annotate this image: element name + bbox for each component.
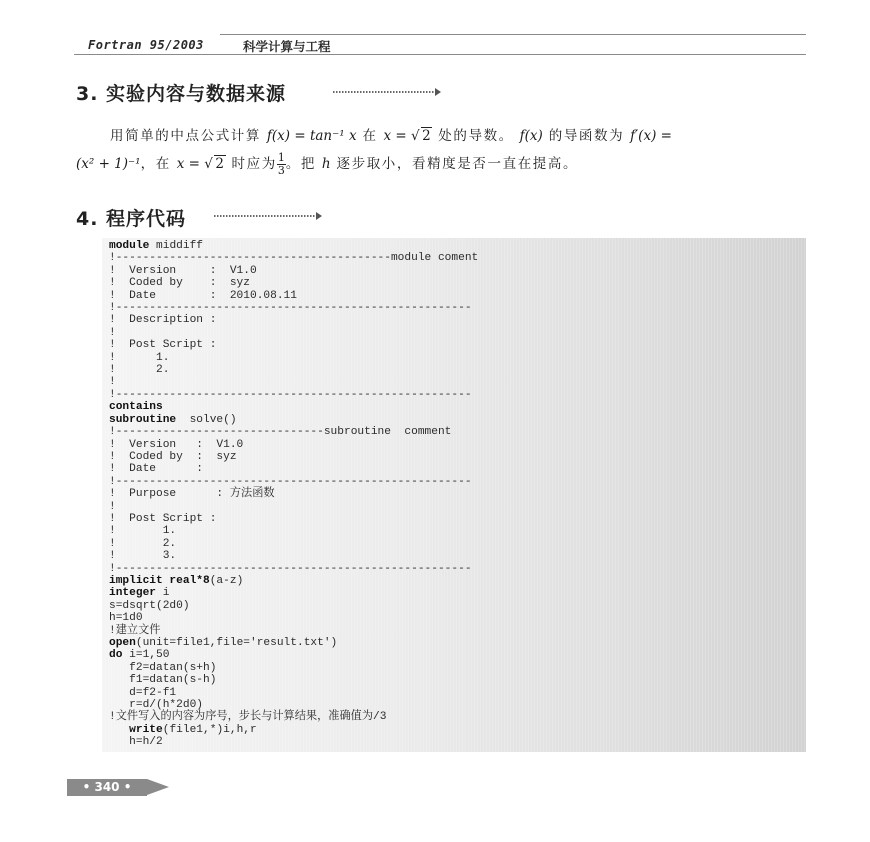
- code-line: ! Description :: [109, 314, 478, 326]
- code-text: ! 2.: [109, 538, 176, 550]
- code-text: h=h/2: [109, 736, 163, 748]
- code-text: ! 1.: [109, 352, 169, 364]
- code-text: !: [109, 327, 116, 339]
- code-keyword: write: [129, 724, 163, 736]
- code-text: !---------------------------------------…: [109, 252, 478, 264]
- code-line: ! 1.: [109, 352, 478, 364]
- section-3-paragraph-line-1: 用简单的中点公式计算 f(x) = tan⁻¹ x 在 x = √2 处的导数。…: [110, 124, 672, 144]
- code-line: ! Post Script :: [109, 513, 478, 525]
- code-text: (unit=file1,file='result.txt'): [136, 637, 337, 649]
- code-line: ! Purpose : 方法函数: [109, 488, 478, 500]
- code-line: ! 2.: [109, 538, 478, 550]
- code-text: i=1,50: [122, 649, 169, 661]
- code-line: ! 3.: [109, 550, 478, 562]
- book-title: Fortran 95/2003: [88, 38, 204, 52]
- code-line: ! Version : V1.0: [109, 265, 478, 277]
- code-line: !---------------------------------------…: [109, 302, 478, 314]
- code-text: ! Post Script :: [109, 339, 216, 351]
- code-line: write(file1,*)i,h,r: [109, 724, 478, 736]
- code-line: ! 2.: [109, 364, 478, 376]
- code-listing: module middiff!-------------------------…: [109, 240, 478, 749]
- code-text: r=d/(h*2d0): [109, 699, 203, 711]
- code-line: implicit real*8(a-z): [109, 575, 478, 587]
- code-line: !---------------------------------------…: [109, 252, 478, 264]
- code-line: contains: [109, 401, 478, 413]
- code-text: ! Date : 2010.08.11: [109, 290, 297, 302]
- code-line: !建立文件: [109, 625, 478, 637]
- code-keyword: module: [109, 240, 149, 252]
- code-text: [109, 724, 129, 736]
- code-text: d=f2-f1: [109, 687, 176, 699]
- code-line: ! Coded by : syz: [109, 277, 478, 289]
- code-text: !: [109, 376, 116, 388]
- code-line: f1=datan(s-h): [109, 674, 478, 686]
- section-3-paragraph-line-2: (x² + 1)⁻¹，在 x = √2 时应为13。把 h 逐步取小，看精度是否…: [76, 152, 578, 177]
- page-number: • 340 •: [67, 780, 147, 794]
- code-line: !---------------------------------------…: [109, 563, 478, 575]
- code-text: s=dsqrt(2d0): [109, 600, 190, 612]
- code-text: ! Date :: [109, 463, 203, 475]
- code-line: integer i: [109, 587, 478, 599]
- code-line: module middiff: [109, 240, 478, 252]
- page-number-tab: • 340 •: [67, 779, 147, 796]
- code-keyword: implicit real*8: [109, 575, 210, 587]
- arrow-icon: [333, 88, 441, 96]
- code-text: !---------------------------------------…: [109, 389, 472, 401]
- code-text: i: [156, 587, 169, 599]
- code-text: !-------------------------------subrouti…: [109, 426, 451, 438]
- book-subtitle: 科学计算与工程: [243, 37, 331, 55]
- code-text: ! Version : V1.0: [109, 439, 243, 451]
- header-rule-top: [220, 34, 806, 35]
- code-line: !-------------------------------subrouti…: [109, 426, 478, 438]
- section-3-title: 3. 实验内容与数据来源: [76, 79, 286, 106]
- code-keyword: subroutine: [109, 414, 176, 426]
- code-text: solve(): [176, 414, 236, 426]
- code-text: f2=datan(s+h): [109, 662, 216, 674]
- code-keyword: open: [109, 637, 136, 649]
- code-text: middiff: [149, 240, 203, 252]
- code-line: !: [109, 376, 478, 388]
- code-line: ! Version : V1.0: [109, 439, 478, 451]
- code-text: !---------------------------------------…: [109, 302, 472, 314]
- code-text: !: [109, 501, 116, 513]
- code-text: !文件写入的内容为序号，步长与计算结果，准确值为/3: [109, 711, 386, 723]
- header-rule-bottom: [74, 54, 806, 55]
- code-line: !---------------------------------------…: [109, 389, 478, 401]
- code-line: ! Post Script :: [109, 339, 478, 351]
- code-text: (a-z): [210, 575, 244, 587]
- code-text: ! Description :: [109, 314, 216, 326]
- code-keyword: integer: [109, 587, 156, 599]
- code-text: ! 1.: [109, 525, 176, 537]
- code-line: h=1d0: [109, 612, 478, 624]
- code-line: ! 1.: [109, 525, 478, 537]
- code-text: !建立文件: [109, 625, 160, 637]
- section-4-title: 4. 程序代码: [76, 204, 186, 231]
- code-text: ! Coded by : syz: [109, 277, 250, 289]
- code-text: ! Post Script :: [109, 513, 216, 525]
- code-line: ! Date :: [109, 463, 478, 475]
- code-text: ! Coded by : syz: [109, 451, 237, 463]
- code-line: subroutine solve(): [109, 414, 478, 426]
- code-line: d=f2-f1: [109, 687, 478, 699]
- code-line: ! Coded by : syz: [109, 451, 478, 463]
- code-text: ! 2.: [109, 364, 169, 376]
- code-line: ! Date : 2010.08.11: [109, 290, 478, 302]
- code-text: ! 3.: [109, 550, 176, 562]
- code-line: h=h/2: [109, 736, 478, 748]
- code-line: open(unit=file1,file='result.txt'): [109, 637, 478, 649]
- code-text: ! Purpose : 方法函数: [109, 488, 275, 500]
- code-line: do i=1,50: [109, 649, 478, 661]
- code-keyword: contains: [109, 401, 163, 413]
- code-keyword: do: [109, 649, 122, 661]
- code-line: !文件写入的内容为序号，步长与计算结果，准确值为/3: [109, 711, 478, 723]
- code-line: !: [109, 501, 478, 513]
- code-text: (file1,*)i,h,r: [163, 724, 257, 736]
- code-line: r=d/(h*2d0): [109, 699, 478, 711]
- code-text: h=1d0: [109, 612, 143, 624]
- code-text: f1=datan(s-h): [109, 674, 216, 686]
- code-text: !---------------------------------------…: [109, 563, 472, 575]
- code-text: ! Version : V1.0: [109, 265, 257, 277]
- code-line: !---------------------------------------…: [109, 476, 478, 488]
- code-line: f2=datan(s+h): [109, 662, 478, 674]
- code-line: s=dsqrt(2d0): [109, 600, 478, 612]
- code-text: !---------------------------------------…: [109, 476, 472, 488]
- fraction: 13: [277, 152, 286, 177]
- code-line: !: [109, 327, 478, 339]
- arrow-icon: [214, 212, 322, 220]
